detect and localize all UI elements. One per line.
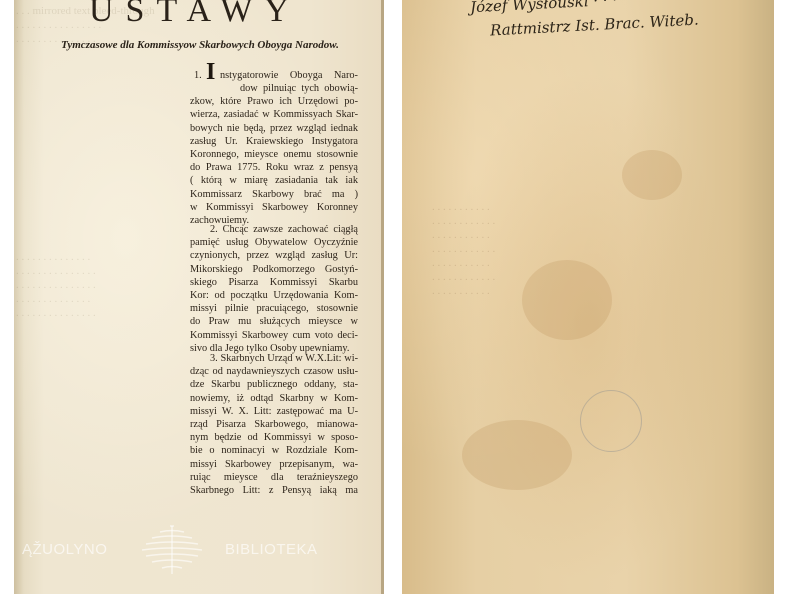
section-1-body: dow pilnuiąc tych obowią- zkow, które Pr…: [190, 82, 358, 227]
bleed-through-text: . . . . . . . . . . . . . . . . . . . . …: [432, 200, 495, 298]
drop-cap: I: [206, 60, 215, 84]
document-subtitle: Tymczasowe dla Kommissyow Skarbowych Obo…: [40, 39, 360, 51]
faded-stamp-icon: [580, 390, 642, 452]
section-number: 1.: [194, 70, 202, 81]
section-2-body: 2. Chcąc zawsze zachować ciągłą pamięć u…: [190, 223, 358, 355]
document-title: USTAWY: [80, 0, 310, 30]
section-3-body: 3. Skarbnych Urząd w W.X.Lit: wi- dząc o…: [190, 352, 358, 497]
library-logo-icon: [140, 524, 205, 576]
section-1-opening: nstygatorowie Oboyga Naro-: [220, 69, 358, 82]
paper-stain: [622, 150, 682, 200]
paper-stain: [522, 260, 612, 340]
watermark-left-text: ĄŽUOLYNO: [22, 541, 107, 558]
watermark-right-text: BIBLIOTEKA: [225, 541, 318, 558]
right-page: . . . . . . . . . . . . . . . . . . . . …: [402, 0, 774, 594]
bleed-through-text: . . . . . . . . . . . . . . . . . . . . …: [16, 250, 96, 320]
paper-stain: [462, 420, 572, 490]
